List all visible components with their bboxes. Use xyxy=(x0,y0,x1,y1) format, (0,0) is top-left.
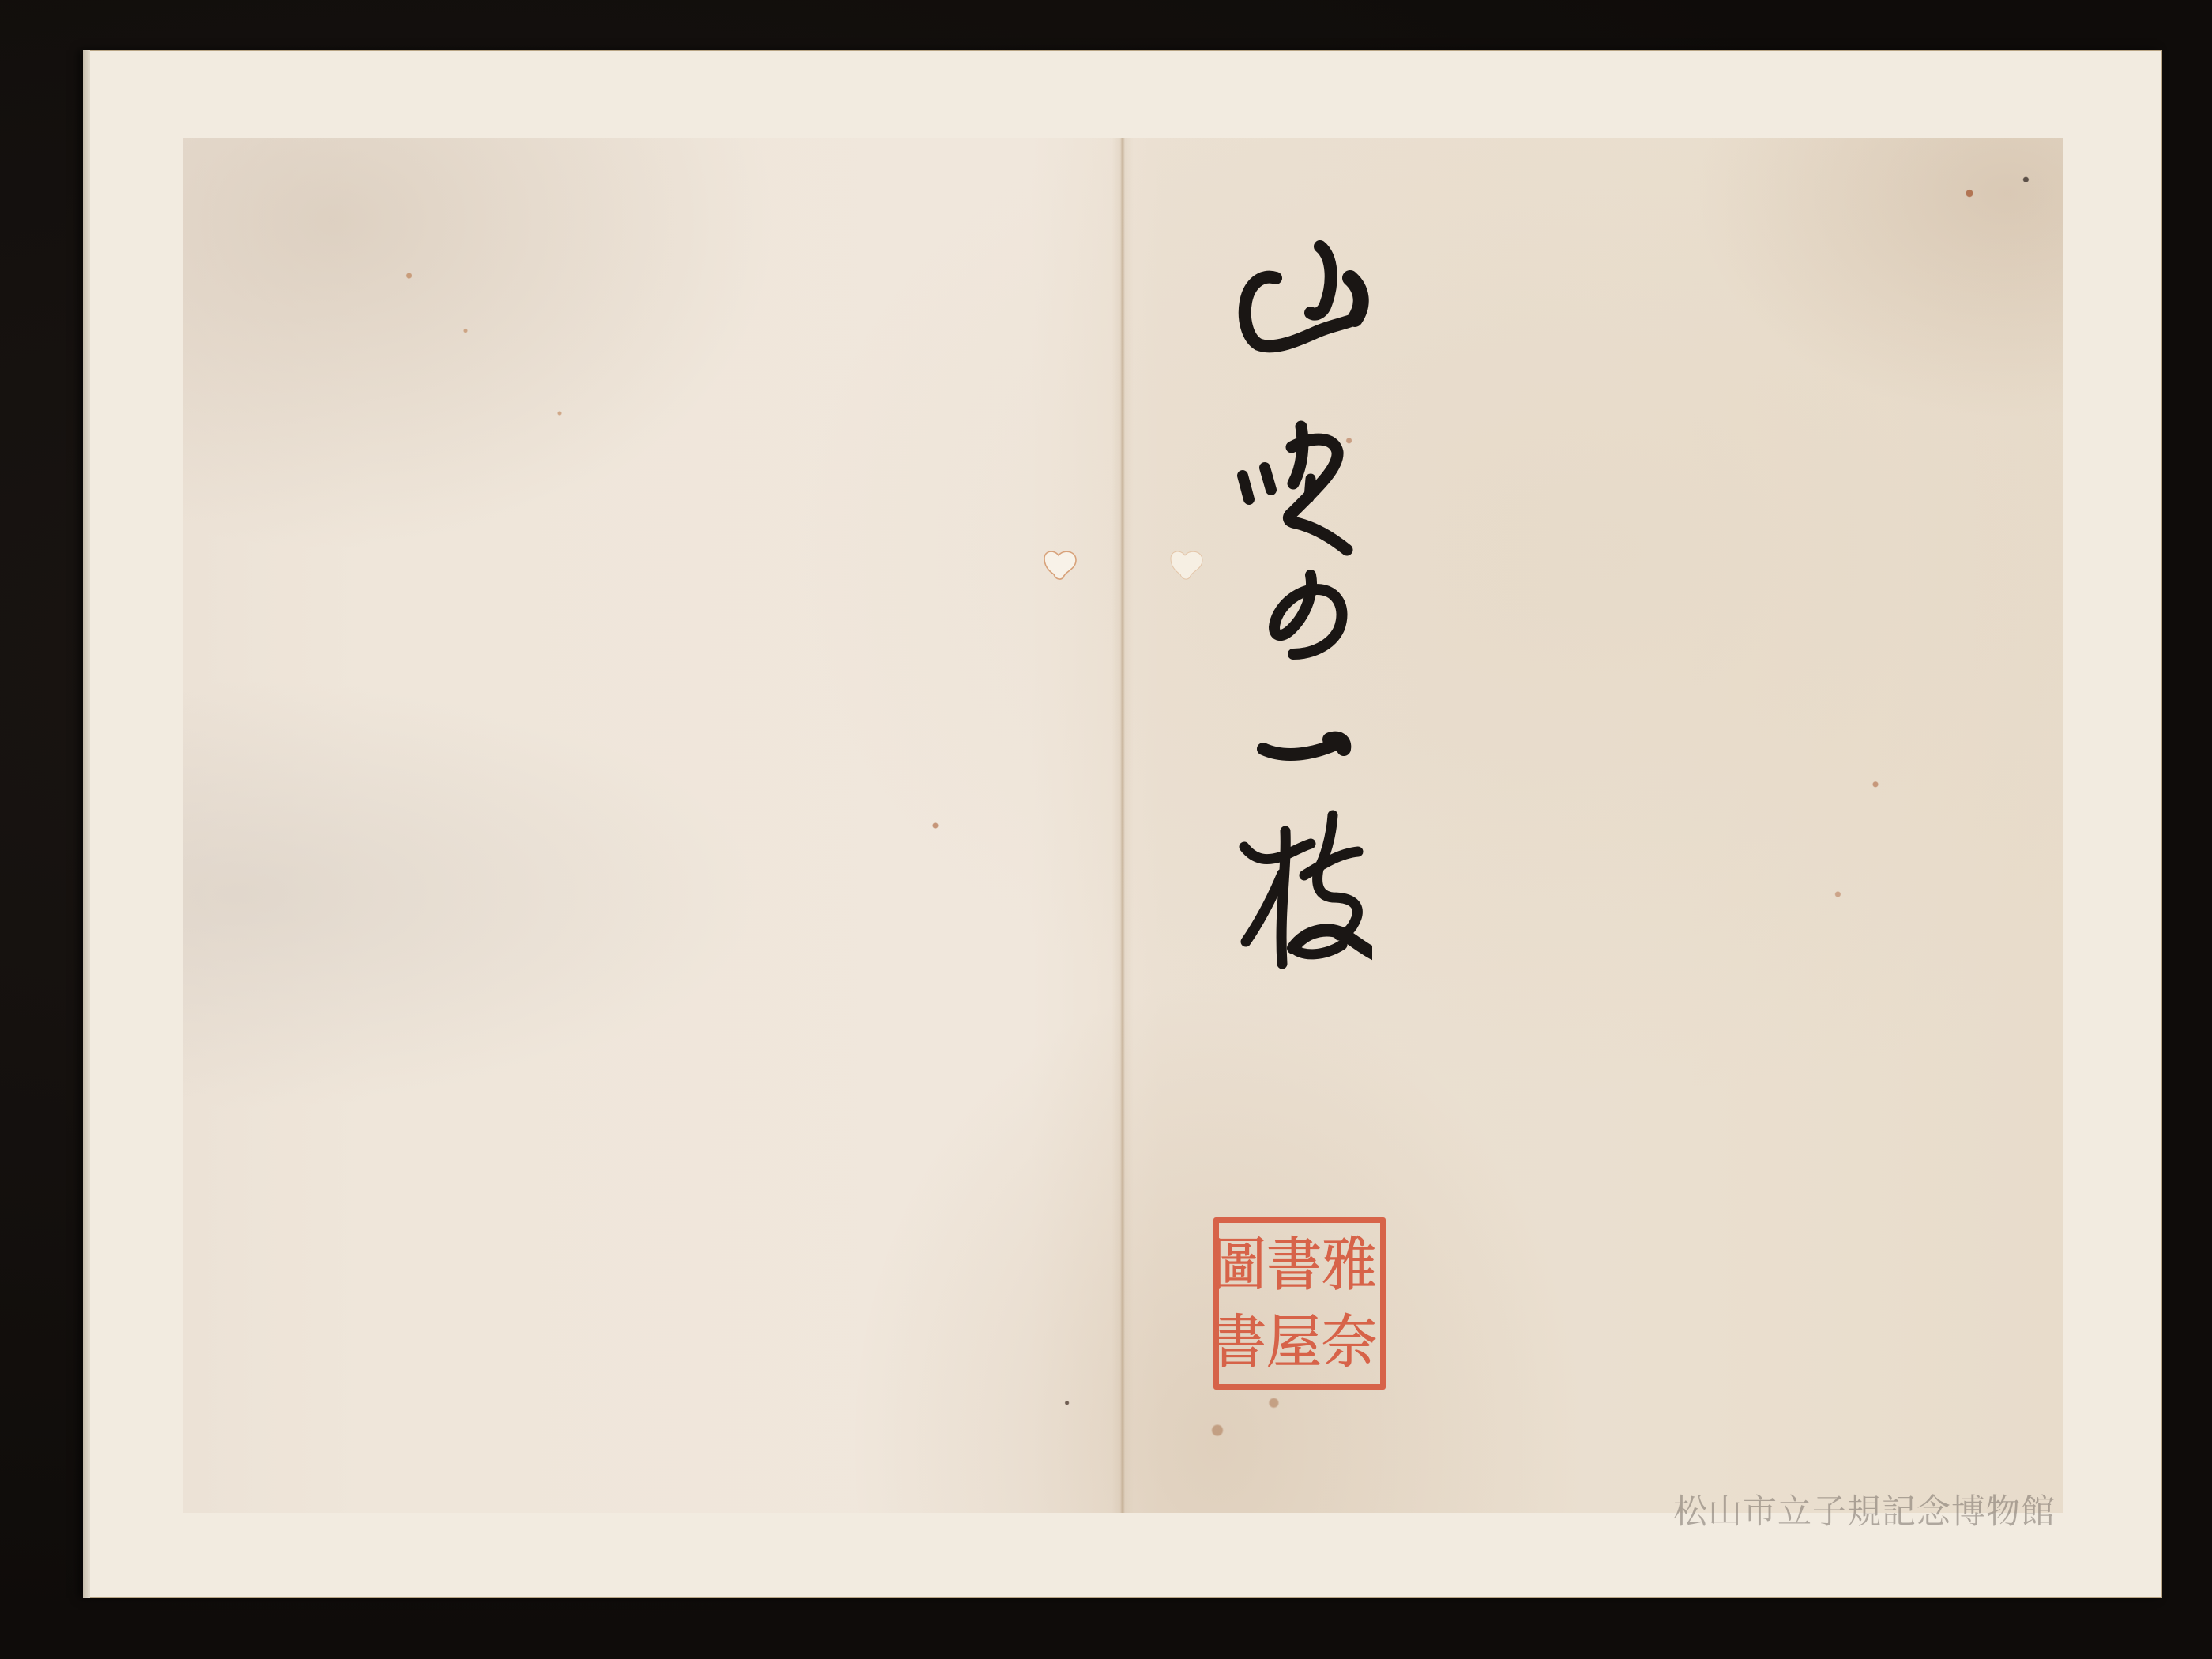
char-fuki xyxy=(1243,427,1347,550)
seal-char: 書 xyxy=(1211,1302,1266,1383)
char-no xyxy=(1274,575,1342,654)
seal-char: 屋 xyxy=(1266,1302,1322,1383)
seal-char: 書 xyxy=(1266,1224,1322,1306)
board-edge xyxy=(83,50,90,1598)
wormhole-icon xyxy=(1040,547,1081,582)
seal-char: 奈 xyxy=(1322,1302,1377,1383)
seal-char: 圖 xyxy=(1211,1224,1266,1306)
collector-seal: 雅 奈 書 屋 圖 書 xyxy=(1213,1217,1386,1390)
calligraphy-title: 山吹の一枝 xyxy=(1214,237,1372,987)
seal-char: 雅 xyxy=(1322,1224,1377,1306)
char-yama xyxy=(1245,246,1361,346)
photo-stage: 山吹の一枝 xyxy=(0,0,2212,1659)
calligraphy-paper: 山吹の一枝 xyxy=(183,138,2063,1513)
char-eda xyxy=(1244,815,1372,964)
museum-watermark: 松山市立子規記念博物館 xyxy=(1673,1495,2056,1529)
mounting-board: 山吹の一枝 xyxy=(83,50,2162,1598)
wormhole-icon xyxy=(1166,547,1207,582)
center-fold-line xyxy=(1120,138,1125,1513)
char-ichi xyxy=(1263,739,1344,754)
